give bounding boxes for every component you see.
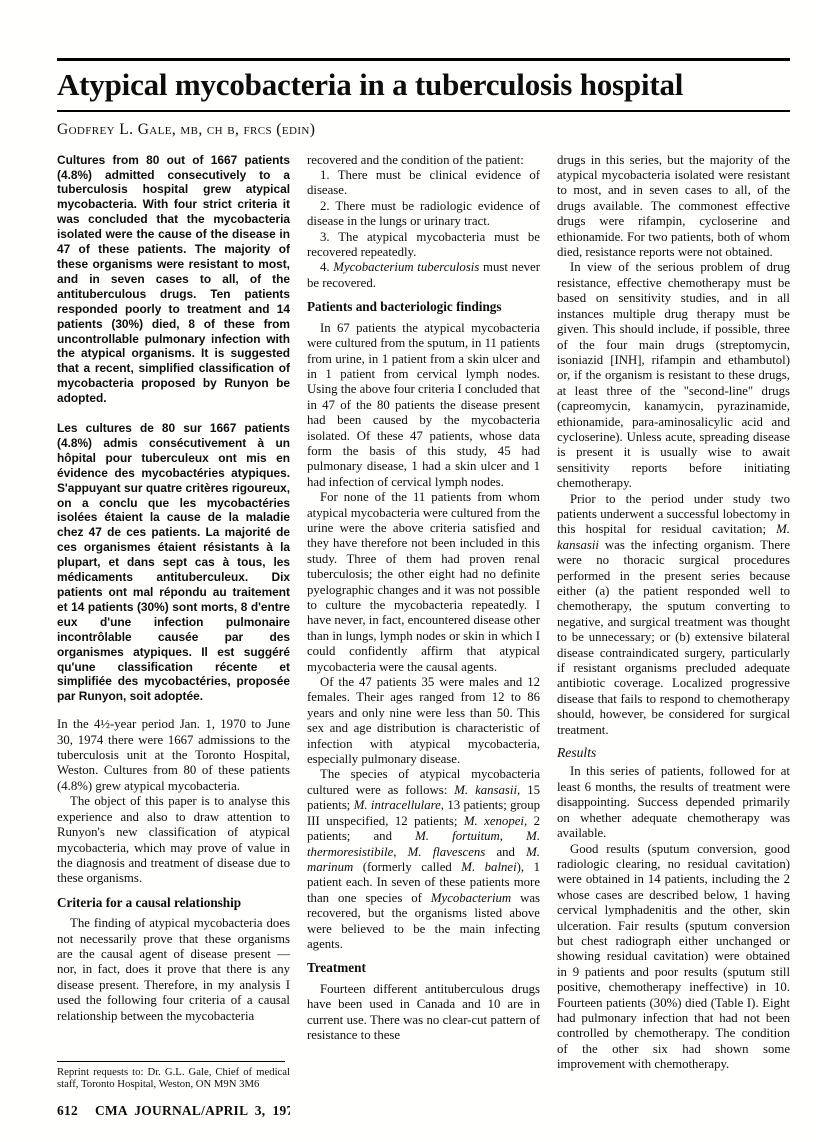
findings-paragraph: In 67 patients the atypical mycobacteria… bbox=[307, 321, 540, 490]
footnote-rule bbox=[57, 1061, 285, 1062]
criterion-item-1: 1. There must be clinical evidence of di… bbox=[307, 168, 540, 199]
right-column: drugs in this series, but the majority o… bbox=[557, 153, 790, 1119]
article-title: Atypical mycobacteria in a tuberculosis … bbox=[57, 67, 790, 103]
continuation-paragraph: recovered and the condition of the patie… bbox=[307, 153, 540, 168]
objective-paragraph: The object of this paper is to analyse t… bbox=[57, 794, 290, 886]
findings-paragraph: Of the 47 patients 35 were males and 12 … bbox=[307, 675, 540, 767]
criteria-section-heading: Criteria for a causal relationship bbox=[57, 895, 290, 910]
title-rule bbox=[57, 110, 790, 112]
surgery-paragraph: Prior to the period under study two pati… bbox=[557, 492, 790, 739]
journal-citation: CMA JOURNAL/APRIL 3, 1976/VOL. 114 bbox=[95, 1103, 290, 1118]
abstract-french: Les cultures de 80 sur 1667 patients (4.… bbox=[57, 421, 290, 704]
treatment-section-heading: Treatment bbox=[307, 960, 540, 975]
findings-paragraph: For none of the 11 patients from whom at… bbox=[307, 490, 540, 675]
chemotherapy-paragraph: In view of the serious problem of drug r… bbox=[557, 260, 790, 491]
species-paragraph: The species of atypical mycobacteria cul… bbox=[307, 767, 540, 952]
drug-resistance-paragraph: drugs in this series, but the majority o… bbox=[557, 153, 790, 261]
author-line: Godfrey L. Gale, mb, ch b, frcs (edin) bbox=[57, 121, 790, 139]
left-column-footer: Reprint requests to: Dr. G.L. Gale, Chie… bbox=[57, 1055, 290, 1118]
results-paragraph: Good results (sputum conversion, good ra… bbox=[557, 842, 790, 1073]
reprint-footnote: Reprint requests to: Dr. G.L. Gale, Chie… bbox=[57, 1067, 290, 1090]
page-number: 612 bbox=[57, 1103, 78, 1118]
results-paragraph: In this series of patients, followed for… bbox=[557, 764, 790, 841]
treatment-paragraph: Fourteen different antituberculous drugs… bbox=[307, 982, 540, 1044]
results-section-heading: Results bbox=[557, 745, 790, 760]
article-header: Atypical mycobacteria in a tuberculosis … bbox=[57, 58, 790, 139]
journal-page: Atypical mycobacteria in a tuberculosis … bbox=[0, 0, 816, 1142]
criterion-item-4: 4. Mycobacterium tuberculosis must never… bbox=[307, 260, 540, 291]
article-columns: Cultures from 80 out of 1667 patients (4… bbox=[57, 153, 790, 1119]
findings-section-heading: Patients and bacteriologic findings bbox=[307, 299, 540, 314]
top-rule bbox=[57, 58, 790, 61]
middle-column: recovered and the condition of the patie… bbox=[307, 153, 540, 1119]
criterion-item-2: 2. There must be radiologic evidence of … bbox=[307, 199, 540, 230]
criterion-item-3: 3. The atypical mycobacteria must be rec… bbox=[307, 230, 540, 261]
abstract-english: Cultures from 80 out of 1667 patients (4… bbox=[57, 153, 290, 406]
left-column: Cultures from 80 out of 1667 patients (4… bbox=[57, 153, 290, 1119]
intro-paragraph: In the 4½-year period Jan. 1, 1970 to Ju… bbox=[57, 717, 290, 794]
page-footer: 612CMA JOURNAL/APRIL 3, 1976/VOL. 114 bbox=[57, 1103, 290, 1119]
criteria-intro-paragraph: The finding of atypical mycobacteria doe… bbox=[57, 916, 290, 1024]
